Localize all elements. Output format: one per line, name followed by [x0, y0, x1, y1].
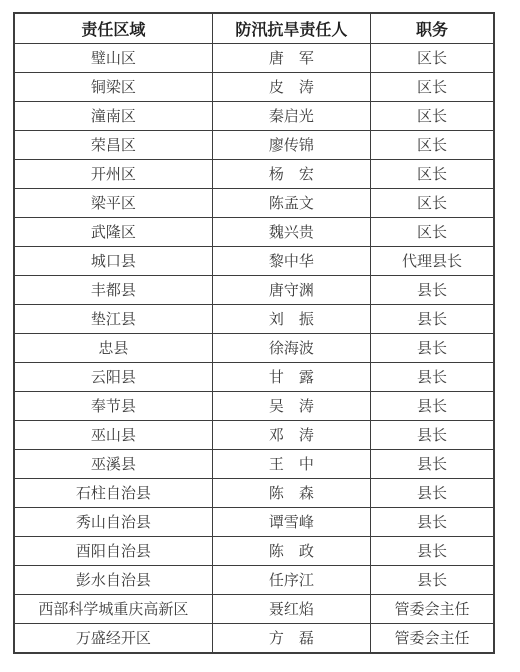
- title-cell: 县长: [371, 507, 494, 536]
- title-cell: 管委会主任: [371, 623, 494, 653]
- person-cell: 陈孟文: [212, 188, 370, 217]
- title-cell: 区长: [371, 159, 494, 188]
- table-row: 城口县黎中华代理县长: [14, 246, 494, 275]
- table-row: 潼南区秦启光区长: [14, 101, 494, 130]
- table-row: 荣昌区廖传锦区长: [14, 130, 494, 159]
- table-row: 武隆区魏兴贵区长: [14, 217, 494, 246]
- region-cell: 西部科学城重庆高新区: [14, 594, 212, 623]
- table-row: 梁平区陈孟文区长: [14, 188, 494, 217]
- person-cell: 黎中华: [212, 246, 370, 275]
- region-cell: 忠县: [14, 333, 212, 362]
- table-row: 酉阳自治县陈 政县长: [14, 536, 494, 565]
- table-row: 万盛经开区方 磊管委会主任: [14, 623, 494, 653]
- header-row: 责任区域 防汛抗旱责任人 职务: [14, 13, 494, 44]
- header-person: 防汛抗旱责任人: [212, 13, 370, 44]
- region-cell: 垫江县: [14, 304, 212, 333]
- region-cell: 武隆区: [14, 217, 212, 246]
- table-row: 奉节县吴 涛县长: [14, 391, 494, 420]
- table-body: 璧山区唐 军区长铜梁区皮 涛区长潼南区秦启光区长荣昌区廖传锦区长开州区杨 宏区长…: [14, 44, 494, 654]
- title-cell: 县长: [371, 449, 494, 478]
- region-cell: 荣昌区: [14, 130, 212, 159]
- header-title: 职务: [371, 13, 494, 44]
- header-region: 责任区域: [14, 13, 212, 44]
- region-cell: 开州区: [14, 159, 212, 188]
- person-cell: 刘 振: [212, 304, 370, 333]
- person-cell: 谭雪峰: [212, 507, 370, 536]
- title-cell: 代理县长: [371, 246, 494, 275]
- title-cell: 区长: [371, 101, 494, 130]
- table-row: 西部科学城重庆高新区聂红焰管委会主任: [14, 594, 494, 623]
- region-cell: 酉阳自治县: [14, 536, 212, 565]
- region-cell: 丰都县: [14, 275, 212, 304]
- region-cell: 奉节县: [14, 391, 212, 420]
- person-cell: 皮 涛: [212, 72, 370, 101]
- person-cell: 廖传锦: [212, 130, 370, 159]
- table-row: 垫江县刘 振县长: [14, 304, 494, 333]
- person-cell: 邓 涛: [212, 420, 370, 449]
- region-cell: 铜梁区: [14, 72, 212, 101]
- region-cell: 万盛经开区: [14, 623, 212, 653]
- title-cell: 县长: [371, 478, 494, 507]
- region-cell: 璧山区: [14, 44, 212, 73]
- person-cell: 聂红焰: [212, 594, 370, 623]
- title-cell: 管委会主任: [371, 594, 494, 623]
- title-cell: 县长: [371, 420, 494, 449]
- table-row: 开州区杨 宏区长: [14, 159, 494, 188]
- region-cell: 城口县: [14, 246, 212, 275]
- title-cell: 区长: [371, 188, 494, 217]
- table-header: 责任区域 防汛抗旱责任人 职务: [14, 13, 494, 44]
- title-cell: 县长: [371, 536, 494, 565]
- region-cell: 巫溪县: [14, 449, 212, 478]
- title-cell: 区长: [371, 130, 494, 159]
- title-cell: 县长: [371, 565, 494, 594]
- table-row: 巫山县邓 涛县长: [14, 420, 494, 449]
- table-row: 璧山区唐 军区长: [14, 44, 494, 73]
- region-cell: 云阳县: [14, 362, 212, 391]
- table-row: 巫溪县王 中县长: [14, 449, 494, 478]
- table-row: 云阳县甘 露县长: [14, 362, 494, 391]
- title-cell: 区长: [371, 44, 494, 73]
- region-cell: 秀山自治县: [14, 507, 212, 536]
- title-cell: 区长: [371, 72, 494, 101]
- title-cell: 区长: [371, 217, 494, 246]
- person-cell: 甘 露: [212, 362, 370, 391]
- responsibility-table: 责任区域 防汛抗旱责任人 职务 璧山区唐 军区长铜梁区皮 涛区长潼南区秦启光区长…: [13, 12, 495, 654]
- region-cell: 彭水自治县: [14, 565, 212, 594]
- person-cell: 唐 军: [212, 44, 370, 73]
- document-page: 责任区域 防汛抗旱责任人 职务 璧山区唐 军区长铜梁区皮 涛区长潼南区秦启光区长…: [0, 0, 520, 672]
- person-cell: 王 中: [212, 449, 370, 478]
- person-cell: 魏兴贵: [212, 217, 370, 246]
- title-cell: 县长: [371, 391, 494, 420]
- person-cell: 徐海波: [212, 333, 370, 362]
- person-cell: 秦启光: [212, 101, 370, 130]
- table-row: 忠县徐海波县长: [14, 333, 494, 362]
- person-cell: 唐守渊: [212, 275, 370, 304]
- table-row: 石柱自治县陈 森县长: [14, 478, 494, 507]
- title-cell: 县长: [371, 362, 494, 391]
- person-cell: 任序江: [212, 565, 370, 594]
- region-cell: 潼南区: [14, 101, 212, 130]
- person-cell: 陈 森: [212, 478, 370, 507]
- person-cell: 吴 涛: [212, 391, 370, 420]
- region-cell: 巫山县: [14, 420, 212, 449]
- person-cell: 杨 宏: [212, 159, 370, 188]
- table-row: 秀山自治县谭雪峰县长: [14, 507, 494, 536]
- region-cell: 石柱自治县: [14, 478, 212, 507]
- person-cell: 陈 政: [212, 536, 370, 565]
- title-cell: 县长: [371, 333, 494, 362]
- title-cell: 县长: [371, 304, 494, 333]
- title-cell: 县长: [371, 275, 494, 304]
- table-row: 铜梁区皮 涛区长: [14, 72, 494, 101]
- person-cell: 方 磊: [212, 623, 370, 653]
- table-row: 丰都县唐守渊县长: [14, 275, 494, 304]
- region-cell: 梁平区: [14, 188, 212, 217]
- table-row: 彭水自治县任序江县长: [14, 565, 494, 594]
